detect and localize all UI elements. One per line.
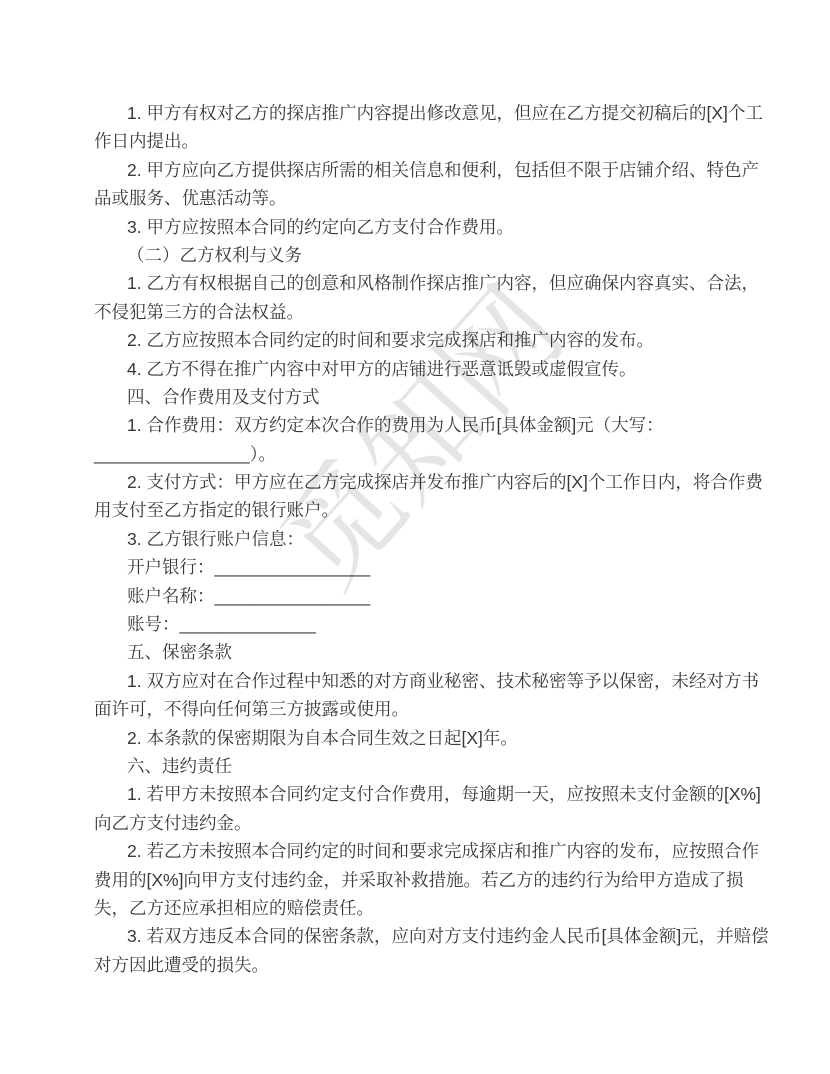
text-line: 1. 甲方有权对乙方的探店推广内容提出修改意见，但应在乙方提交初稿后的[X]个工 (94, 99, 794, 127)
contract-body: 1. 甲方有权对乙方的探店推广内容提出修改意见，但应在乙方提交初稿后的[X]个工… (94, 99, 794, 979)
text-line: ________________）。 (94, 440, 794, 468)
text-line: 用支付至乙方指定的银行账户。 (94, 496, 794, 524)
text-line: 对方因此遭受的损失。 (94, 951, 794, 979)
text-line: 2. 本条款的保密期限为自本合同生效之日起[X]年。 (94, 724, 794, 752)
text-line: 2. 乙方应按照本合同约定的时间和要求完成探店和推广内容的发布。 (94, 326, 794, 354)
text-line: 3. 若双方违反本合同的保密条款，应向对方支付违约金人民币[具体金额]元，并赔偿 (94, 922, 794, 950)
text-line: 品或服务、优惠活动等。 (94, 184, 794, 212)
text-line: 面许可，不得向任何第三方披露或使用。 (94, 695, 794, 723)
text-line: 不侵犯第三方的合法权益。 (94, 298, 794, 326)
text-line: 3. 甲方应按照本合同的约定向乙方支付合作费用。 (94, 213, 794, 241)
text-line: 作日内提出。 (94, 127, 794, 155)
text-line: 四、合作费用及支付方式 (94, 383, 794, 411)
text-line: 1. 合作费用：双方约定本次合作的费用为人民币[具体金额]元（大写： (94, 411, 794, 439)
text-line: 开户银行：________________ (94, 553, 794, 581)
text-line: 向乙方支付违约金。 (94, 809, 794, 837)
text-line: 失，乙方还应承担相应的赔偿责任。 (94, 894, 794, 922)
text-line: 1. 双方应对在合作过程中知悉的对方商业秘密、技术秘密等予以保密，未经对方书 (94, 667, 794, 695)
text-line: 六、违约责任 (94, 752, 794, 780)
text-line: （二）乙方权利与义务 (94, 241, 794, 269)
text-line: 账号：______________ (94, 610, 794, 638)
text-line: 五、保密条款 (94, 638, 794, 666)
text-line: 费用的[X%]向甲方支付违约金，并采取补救措施。若乙方的违约行为给甲方造成了损 (94, 866, 794, 894)
text-line: 2. 甲方应向乙方提供探店所需的相关信息和便利，包括但不限于店铺介绍、特色产 (94, 156, 794, 184)
text-line: 1. 若甲方未按照本合同约定支付合作费用，每逾期一天，应按照未支付金额的[X%] (94, 780, 794, 808)
text-line: 账户名称：________________ (94, 582, 794, 610)
document-page: 觅知网 1. 甲方有权对乙方的探店推广内容提出修改意见，但应在乙方提交初稿后的[… (0, 0, 830, 1074)
text-line: 1. 乙方有权根据自己的创意和风格制作探店推广内容，但应确保内容真实、合法， (94, 269, 794, 297)
text-line: 2. 若乙方未按照本合同约定的时间和要求完成探店和推广内容的发布，应按照合作 (94, 837, 794, 865)
text-line: 3. 乙方银行账户信息： (94, 525, 794, 553)
text-line: 2. 支付方式：甲方应在乙方完成探店并发布推广内容后的[X]个工作日内，将合作费 (94, 468, 794, 496)
text-line: 4. 乙方不得在推广内容中对甲方的店铺进行恶意诋毁或虚假宣传。 (94, 355, 794, 383)
